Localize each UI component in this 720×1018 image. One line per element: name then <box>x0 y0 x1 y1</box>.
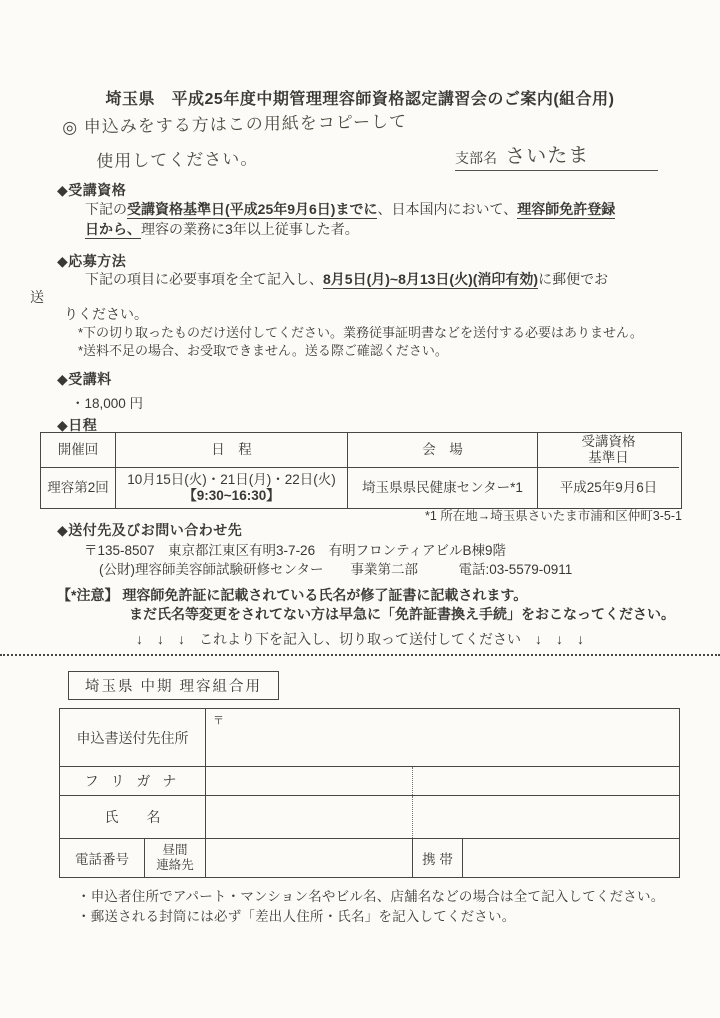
scanned-document-page: 埼玉県 平成25年度中期管理理容師資格認定講習会のご案内(組合用) ◎ 申込みを… <box>0 0 720 1018</box>
schedule-cell-venue: 埼玉県県民健康センター*1 <box>348 468 538 508</box>
form-label-address: 申込書送付先住所 <box>60 709 206 766</box>
form-row-address: 申込書送付先住所 〒 <box>60 709 679 767</box>
perforation-line <box>0 654 720 656</box>
schedule-header-dates: 日 程 <box>116 433 348 468</box>
form-label-phone: 電話番号 <box>60 839 145 877</box>
application-form-table: 申込書送付先住所 〒 フ リ ガ ナ 氏 名 電話番号 昼間 連絡先 携 帯 <box>59 708 680 878</box>
branch-name-underline <box>455 170 658 171</box>
fee-heading: ◆受講料 <box>57 369 112 389</box>
application-note1: *下の切り取ったものだけ送付してください。業務従事証明書などを送付する必要はあり… <box>78 322 643 341</box>
form-field-name-right <box>413 796 679 838</box>
application-line1: 下記の項目に必要事項を全て記入し、8月5日(月)~8月13日(火)(消印有効)に… <box>85 269 608 289</box>
handwritten-note-line2: 使用してください。 <box>96 144 258 172</box>
form-row-name: 氏 名 <box>60 796 679 839</box>
form-label-daytime: 昼間 連絡先 <box>145 839 206 877</box>
application-line2: 送 <box>30 287 44 307</box>
fee-amount: ・18,000 円 <box>71 392 143 412</box>
form-label-name: 氏 名 <box>60 796 206 838</box>
footer-note-1: ・申込者住所でアパート・マンション名やビル名、店舗名などの場合は全て記入してくだ… <box>77 885 664 905</box>
schedule-cell-dates: 10月15日(火)・21日(月)・22日(火) 【9:30~16:30】 <box>116 468 348 508</box>
schedule-header-base-date: 受講資格 基準日 <box>538 433 679 468</box>
branch-name-field: 支部名 さいたま <box>455 140 658 171</box>
application-line3: りください。 <box>64 304 148 324</box>
notice-label: 【*注意】 <box>57 587 118 603</box>
postal-mark: 〒 <box>213 712 224 728</box>
schedule-header-venue: 会 場 <box>348 433 538 468</box>
footer-note-2: ・郵送される封筒には必ず「差出人住所・氏名」を記入してください。 <box>77 905 515 925</box>
notice-line1: 【*注意】 理容師免許証に記載されている氏名が修了証書に記載されます。 <box>57 585 527 605</box>
schedule-cell-round: 理容第2回 <box>41 468 116 508</box>
qualification-body: 下記の受講資格基準日(平成25年9月6日)までに、日本国内において、理容師免許登… <box>85 199 660 239</box>
form-field-daytime-phone <box>206 839 413 877</box>
contact-address: 〒135-8507 東京都江東区有明3-7-26 有明フロンティアビルB棟9階 <box>84 539 506 559</box>
document-title: 埼玉県 平成25年度中期管理理容師資格認定講習会のご案内(組合用) <box>0 86 720 109</box>
cutline-instruction: ↓ ↓ ↓ これより下を記入し、切り取って送付してください ↓ ↓ ↓ <box>0 629 720 649</box>
schedule-table: 開催回 日 程 会 場 受講資格 基準日 理容第2回 10月15日(火)・21日… <box>40 432 682 509</box>
form-label-furigana: フ リ ガ ナ <box>60 767 206 795</box>
form-field-name-left <box>206 796 413 838</box>
form-row-furigana: フ リ ガ ナ <box>60 767 679 796</box>
schedule-cell-base-date: 平成25年9月6日 <box>538 468 679 508</box>
schedule-header-round: 開催回 <box>41 433 116 468</box>
form-type-badge: 埼玉県 中期 理容組合用 <box>68 671 279 700</box>
application-heading: ◆応募方法 <box>57 251 126 271</box>
handwritten-note-line1: ◎ 申込みをする方はこの用紙をコピーして <box>62 107 407 138</box>
contact-heading: ◆送付先及びお問い合わせ先 <box>57 520 242 540</box>
application-note2: *送料不足の場合、お受取できません。送る際ご確認ください。 <box>78 340 448 359</box>
form-field-mobile-phone <box>463 839 679 877</box>
contact-organization: (公財)理容師美容師試験研修センター 事業第二部 電話:03-5579-0911 <box>99 558 572 578</box>
notice-line2: まだ氏名等変更をされてない方は早急に「免許証書換え手続」をおこなってください。 <box>129 604 675 624</box>
form-field-address: 〒 <box>206 709 679 766</box>
branch-name-handwritten-value: さいたま <box>505 139 589 169</box>
form-field-furigana-right <box>413 767 679 795</box>
form-row-phone: 電話番号 昼間 連絡先 携 帯 <box>60 839 679 877</box>
branch-name-label: 支部名 <box>455 150 497 166</box>
qualification-heading: ◆受講資格 <box>57 180 126 200</box>
form-label-mobile: 携 帯 <box>413 839 463 877</box>
form-field-furigana-left <box>206 767 413 795</box>
